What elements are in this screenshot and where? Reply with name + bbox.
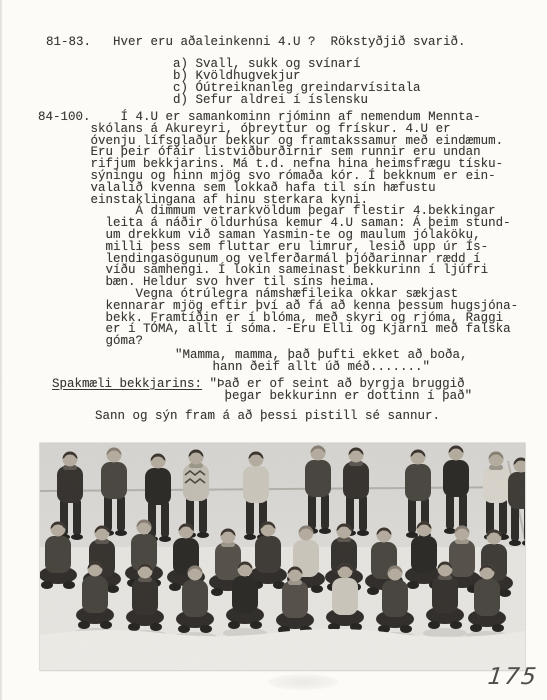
child-quote: "Mamma, mamma, það þufti ekket að boða, … [175,350,468,374]
question-81-number: 81-83. [46,37,91,49]
question-84-body: Í 4.U er samankominn rjóminn af nemendum… [38,112,518,348]
class-photo-illustration [40,443,525,670]
closing-line: Sann og sýn fram á að þessi pistill sé s… [95,411,440,423]
question-81-options: a) Svall, sukk og svínarí b) Kvöldhugvek… [173,58,421,106]
class-photo [40,443,525,670]
question-81-prompt: Hver eru aðaleinkenni 4.U ? Rökstyðjið s… [113,37,466,49]
page-number: 175 [486,664,539,690]
scan-smudge [268,674,338,690]
class-proverb: Spakmæli bekkjarins: "Það er of seint að… [52,379,472,403]
yearbook-page: 81-83. Hver eru aðaleinkenni 4.U ? Rökst… [0,0,547,700]
